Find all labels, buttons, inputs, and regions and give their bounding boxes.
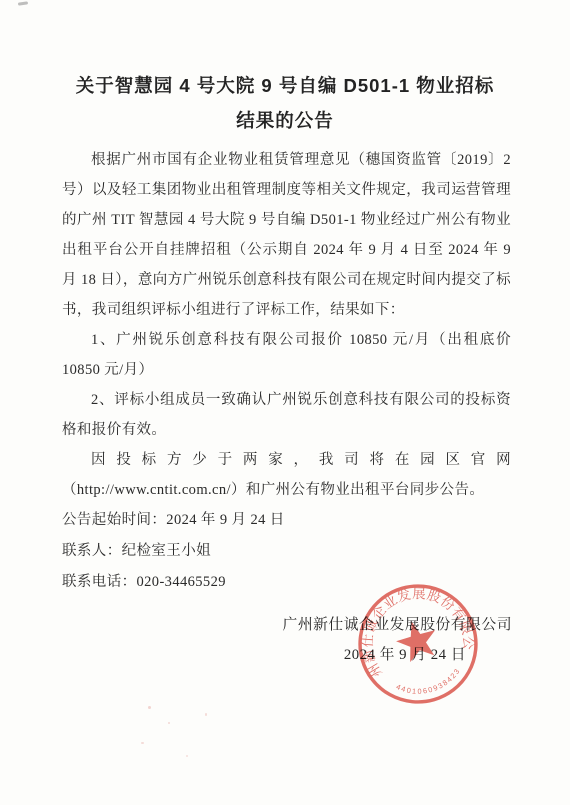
paragraph-item-2: 2、评标小组成员一致确认广州锐乐创意科技有限公司的投标资格和报价有效。 [62,385,511,445]
paragraph-notice: 因投标方少于两家，我司将在园区官网（http://www.cntit.com.c… [62,445,511,505]
scan-artifact [186,755,188,757]
info-line-contact-phone: 联系电话：020-34465529 [62,567,511,598]
info-line-contact-person: 联系人：纪检室王小姐 [62,536,511,567]
page-title: 关于智慧园 4 号大院 9 号自编 D501-1 物业招标 结果的公告 [0,0,570,138]
paragraph-item-1: 1、广州锐乐创意科技有限公司报价 10850 元/月（出租底价 10850 元/… [62,325,511,385]
info-line-start-date: 公告起始时间：2024 年 9 月 24 日 [62,505,511,536]
signature-company: 广州新仕诚企业发展股份有限公司 [0,610,570,640]
signature-date: 2024 年 9 月 24 日 [0,640,570,670]
contact-info-block: 公告起始时间：2024 年 9 月 24 日 联系人：纪检室王小姐 联系电话：0… [62,505,511,598]
document-body: 根据广州市国有企业物业租赁管理意见（穗国资监管〔2019〕2 号）以及轻工集团物… [62,145,511,505]
scan-artifact [205,713,207,716]
signature-block: 广州新仕诚企业发展股份有限公司 2024 年 9 月 24 日 [0,610,570,670]
scan-artifact [148,706,151,709]
seal-code-holder: 4401060938423 [393,664,466,703]
announcement-page: 关于智慧园 4 号大院 9 号自编 D501-1 物业招标 结果的公告 根据广州… [0,0,570,805]
page-title-line2: 结果的公告 [0,103,570,138]
page-title-line1: 关于智慧园 4 号大院 9 号自编 D501-1 物业招标 [0,68,570,103]
paragraph-intro: 根据广州市国有企业物业租赁管理意见（穗国资监管〔2019〕2 号）以及轻工集团物… [62,145,511,325]
scan-artifact [141,742,144,744]
scan-artifact [168,722,170,724]
seal-code: 4401060938423 [393,664,466,703]
